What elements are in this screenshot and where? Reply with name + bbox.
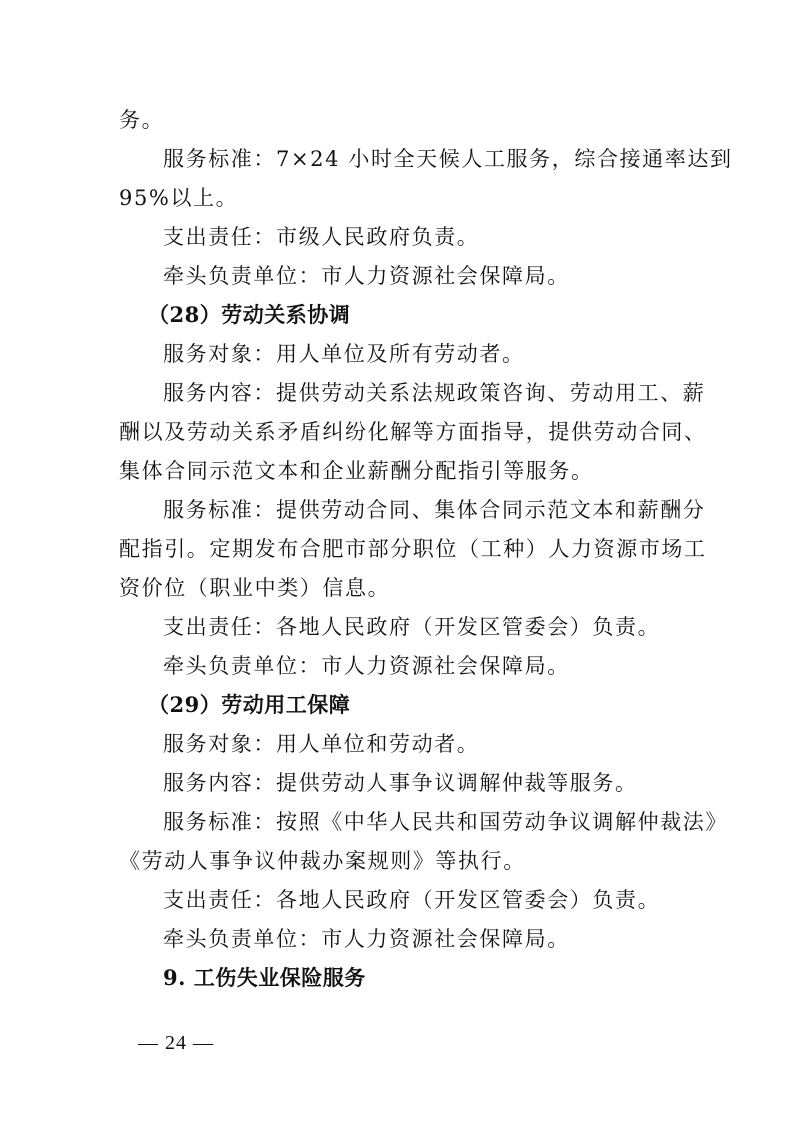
paragraph-line: 95%以上。 [119, 184, 679, 212]
paragraph-line: 服务内容：提供劳动人事争议调解仲裁等服务。 [163, 769, 723, 797]
paragraph-line: 牵头负责单位：市人力资源社会保障局。 [163, 925, 723, 953]
paragraph-line: 服务标准：7×24 小时全天候人工服务，综合接通率达到 [163, 145, 723, 173]
paragraph-line: 服务标准：提供劳动合同、集体合同示范文本和薪酬分 [163, 496, 723, 524]
paragraph-line: 服务对象：用人单位和劳动者。 [163, 730, 723, 758]
paragraph-line: 酬以及劳动关系矛盾纠纷化解等方面指导，提供劳动合同、 [119, 418, 679, 446]
paragraph-line: 配指引。定期发布合肥市部分职位（工种）人力资源市场工 [119, 535, 679, 563]
paragraph-line: 服务对象：用人单位及所有劳动者。 [163, 340, 723, 368]
paragraph-line: 集体合同示范文本和企业薪酬分配指引等服务。 [119, 457, 679, 485]
paragraph-line: 服务标准：按照《中华人民共和国劳动争议调解仲裁法》 [163, 808, 723, 836]
paragraph-line: 资价位（职业中类）信息。 [119, 574, 679, 602]
paragraph-line: 《劳动人事争议仲裁办案规则》等执行。 [119, 847, 679, 875]
paragraph-line: 支出责任：各地人民政府（开发区管委会）负责。 [163, 886, 723, 914]
section-heading: 9. 工伤失业保险服务 [163, 964, 723, 992]
paragraph-line: 牵头负责单位：市人力资源社会保障局。 [163, 262, 723, 290]
paragraph-line: 支出责任：市级人民政府负责。 [163, 223, 723, 251]
paragraph-line: 务。 [119, 106, 679, 134]
paragraph-line: 服务内容：提供劳动关系法规政策咨询、劳动用工、薪 [163, 379, 723, 407]
paragraph-line: 支出责任：各地人民政府（开发区管委会）负责。 [163, 613, 723, 641]
document-page: 务。服务标准：7×24 小时全天候人工服务，综合接通率达到95%以上。支出责任：… [0, 0, 793, 1122]
section-heading: （28）劳动关系协调 [148, 301, 708, 329]
section-heading: （29）劳动用工保障 [148, 691, 708, 719]
page-number: — 24 — [138, 1030, 214, 1056]
paragraph-line: 牵头负责单位：市人力资源社会保障局。 [163, 652, 723, 680]
